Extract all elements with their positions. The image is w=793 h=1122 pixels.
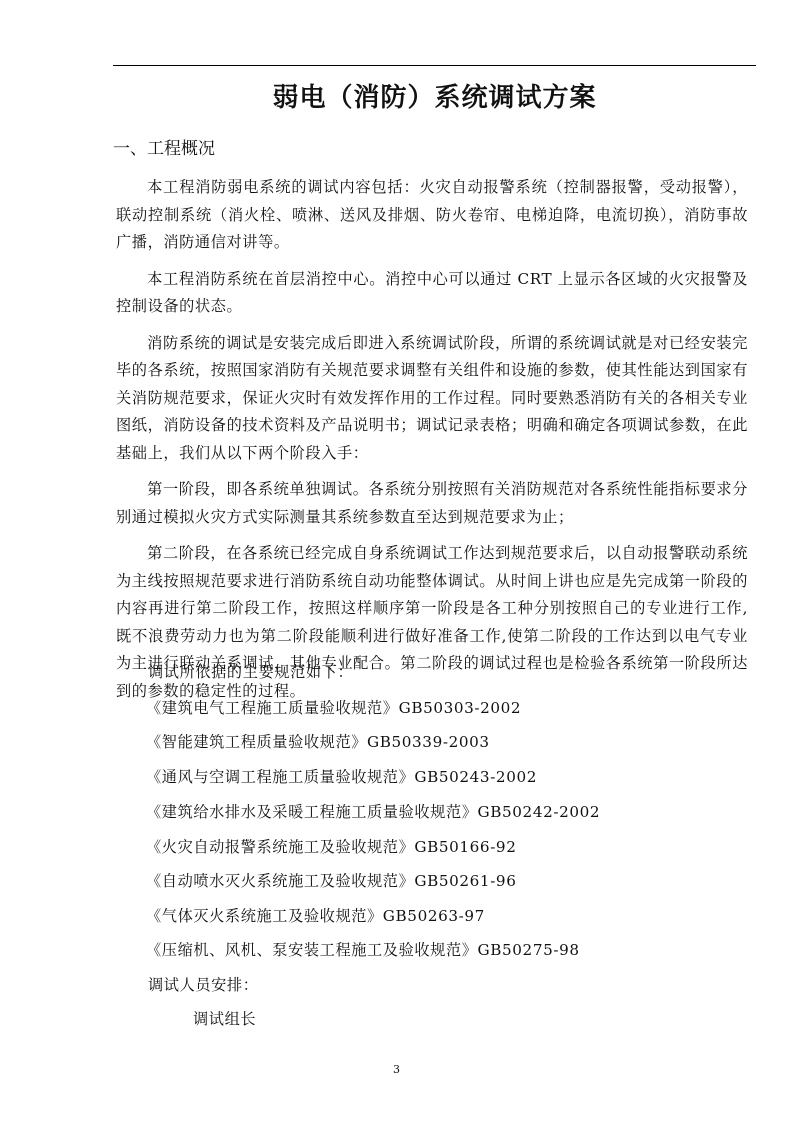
document-title: 弱电（消防）系统调试方案 <box>113 78 756 118</box>
body-paragraphs: 本工程消防弱电系统的调试内容包括：火灾自动报警系统（控制器报警，受动报警），联动… <box>116 174 748 714</box>
page-number: 3 <box>0 1063 793 1076</box>
standard-item: 《通风与空调工程施工质量验收规范》GB50243-2002 <box>146 766 537 787</box>
paragraph-phase-one: 第一阶段，即各系统单独调试。各系统分别按照有关消防规范对各系统性能指标要求分别通… <box>116 476 748 531</box>
staff-role: 调试组长 <box>193 1008 256 1029</box>
header-rule <box>113 65 756 66</box>
standard-item: 《自动喷水灭火系统施工及验收规范》GB50261-96 <box>146 870 516 891</box>
paragraph-debug-overview: 消防系统的调试是安装完成后即进入系统调试阶段，所谓的系统调试就是对已经安装完毕的… <box>116 330 748 468</box>
standard-item: 《建筑电气工程施工质量验收规范》GB50303-2002 <box>146 697 521 718</box>
standard-item: 《建筑给水排水及采暖工程施工质量验收规范》GB50242-2002 <box>146 801 600 822</box>
standard-item: 《气体灭火系统施工及验收规范》GB50263-97 <box>146 905 485 926</box>
paragraph-control-center: 本工程消防系统在首层消控中心。消控中心可以通过 CRT 上显示各区域的火灾报警及… <box>116 266 748 321</box>
section-heading: 一、工程概况 <box>113 136 215 162</box>
standards-intro: 调试所依据的主要规范如下： <box>148 661 353 682</box>
paragraph-scope: 本工程消防弱电系统的调试内容包括：火灾自动报警系统（控制器报警，受动报警），联动… <box>116 174 748 257</box>
standard-item: 《压缩机、风机、泵安装工程施工及验收规范》GB50275-98 <box>146 939 580 960</box>
standard-item: 《智能建筑工程质量验收规范》GB50339-2003 <box>146 731 490 752</box>
standard-item: 《火灾自动报警系统施工及验收规范》GB50166-92 <box>146 836 516 857</box>
staff-heading: 调试人员安排： <box>148 974 259 995</box>
